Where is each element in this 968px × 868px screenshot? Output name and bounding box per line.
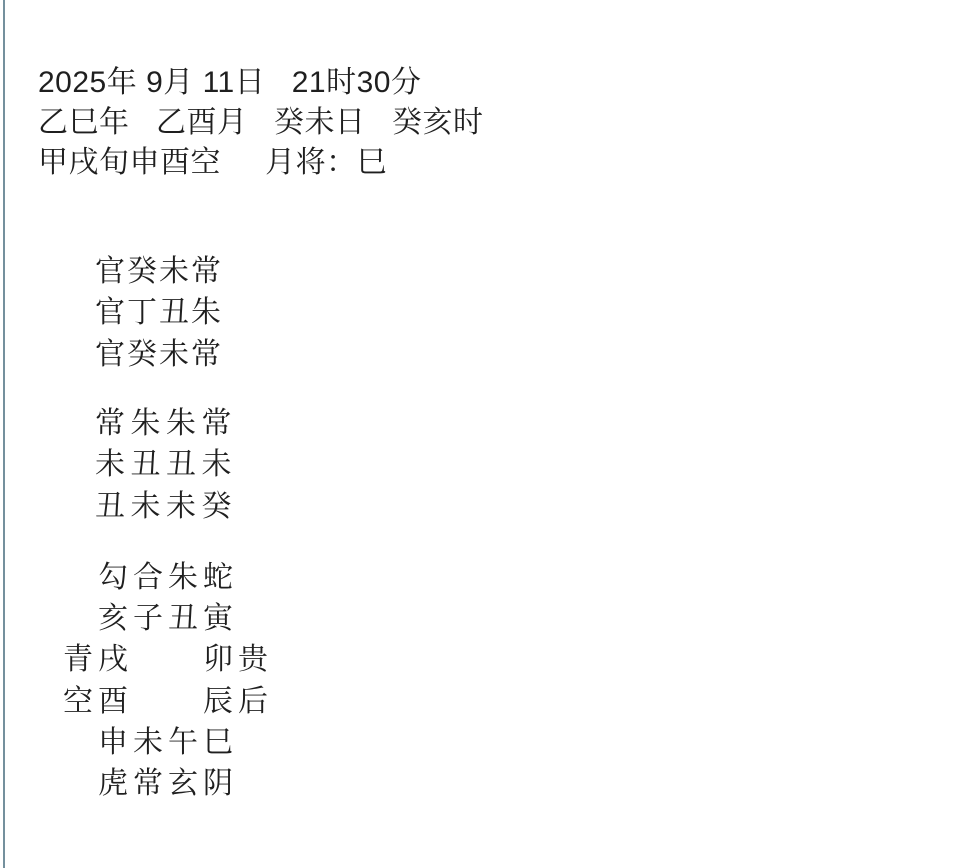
pan-cell: 亥 (98, 604, 133, 634)
pan-cell: 常 (95, 409, 131, 439)
four-lessons-block: 常朱朱常未丑丑未丑未未癸 (95, 403, 237, 528)
pan-cell: 子 (133, 604, 168, 634)
pan-cell: 后 (238, 687, 273, 717)
pan-row: 常朱朱常 (95, 403, 237, 445)
pan-cell: 贵 (238, 645, 273, 675)
pan-cell: 勾 (98, 563, 133, 593)
pan-cell: 朱 (168, 563, 203, 593)
date-time-line: 2025年 9月 11日 21时30分 (38, 63, 484, 103)
pan-cell: 未 (202, 450, 238, 480)
pan-row: 勾合朱蛇 (63, 557, 273, 598)
pan-cell: 丁 (127, 298, 159, 328)
pan-cell: 合 (133, 563, 168, 593)
pan-cell: 寅 (203, 604, 238, 634)
pan-row: 官癸未常 (95, 251, 223, 293)
pan-row: 青戌卯贵 (63, 640, 273, 681)
pan-row: 亥子丑寅 (63, 598, 273, 639)
pan-cell: 阴 (203, 769, 238, 799)
pan-cell: 丑 (95, 492, 131, 522)
liuren-chart-page: 2025年 9月 11日 21时30分 乙巳年 乙酉月 癸未日 癸亥时 甲戌旬申… (0, 0, 968, 868)
pan-cell: 未 (159, 257, 191, 287)
pan-cell: 虎 (98, 769, 133, 799)
pan-row: 未丑丑未 (95, 445, 237, 487)
ganzhi-pillars-line: 乙巳年 乙酉月 癸未日 癸亥时 (38, 103, 484, 143)
pan-cell: 未 (133, 728, 168, 758)
pan-cell: 丑 (159, 298, 191, 328)
pan-cell: 官 (95, 298, 127, 328)
header-block: 2025年 9月 11日 21时30分 乙巳年 乙酉月 癸未日 癸亥时 甲戌旬申… (38, 63, 484, 183)
pan-cell: 辰 (203, 687, 238, 717)
pan-cell: 常 (133, 769, 168, 799)
pan-cell: 玄 (168, 769, 203, 799)
pan-cell: 朱 (166, 409, 202, 439)
pan-cell: 戌 (98, 645, 133, 675)
pan-cell: 丑 (131, 450, 167, 480)
pan-cell: 朱 (191, 298, 223, 328)
pan-cell: 巳 (203, 728, 238, 758)
pan-cell: 午 (168, 728, 203, 758)
pan-cell: 癸 (127, 340, 159, 370)
pan-cell: 申 (98, 728, 133, 758)
pan-cell: 未 (131, 492, 167, 522)
pan-cell: 空 (63, 687, 98, 717)
pan-cell: 常 (191, 257, 223, 287)
pan-cell: 癸 (127, 257, 159, 287)
pan-cell: 未 (159, 340, 191, 370)
pan-row: 官丁丑朱 (95, 293, 223, 335)
pan-row: 申未午巳 (63, 722, 273, 763)
pan-cell: 未 (166, 492, 202, 522)
pan-cell: 卯 (203, 645, 238, 675)
heaven-earth-plate-block: 勾合朱蛇亥子丑寅青戌卯贵空酉辰后申未午巳虎常玄阴 (63, 557, 273, 805)
pan-cell: 未 (95, 450, 131, 480)
pan-cell: 朱 (131, 409, 167, 439)
pan-cell: 丑 (168, 604, 203, 634)
left-border-rule (3, 0, 5, 868)
pan-row: 空酉辰后 (63, 681, 273, 722)
pan-cell: 官 (95, 340, 127, 370)
pan-cell: 官 (95, 257, 127, 287)
pan-row: 丑未未癸 (95, 486, 237, 528)
pan-row: 官癸未常 (95, 334, 223, 376)
three-transmissions-block: 官癸未常官丁丑朱官癸未常 (95, 251, 223, 376)
pan-cell: 常 (202, 409, 238, 439)
pan-cell: 青 (63, 645, 98, 675)
pan-cell: 常 (191, 340, 223, 370)
pan-cell: 蛇 (203, 563, 238, 593)
xunkong-yuejiang-line: 甲戌旬申酉空 月将：巳 (38, 143, 484, 183)
pan-cell: 丑 (166, 450, 202, 480)
pan-row: 虎常玄阴 (63, 763, 273, 804)
pan-cell: 酉 (98, 687, 133, 717)
pan-cell: 癸 (202, 492, 238, 522)
